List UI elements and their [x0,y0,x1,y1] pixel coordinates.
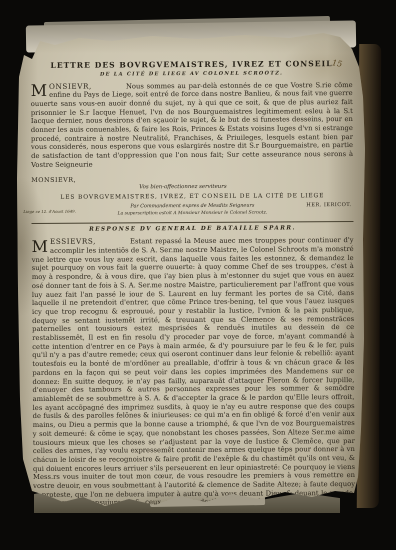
letter2-valediction: Vostre bien-affectionné serviteur [128,540,218,547]
letter1-title: LETTRE DES BOVRGVEMAISTRES, IVREZ ET CON… [30,59,352,70]
letter2-salutation: ESSIEVRS, [50,237,96,246]
letter1-dropcap: M [31,83,47,98]
letter2-body: MESSIEVRS,Estant repassé la Meuse auec m… [32,236,356,525]
letter2-dropcap: M [32,239,48,254]
letter1-section: LETTRE DES BOVRGVEMAISTRES, IVREZ ET CON… [30,59,353,217]
letter1-valediction: Vos bien-affectionnez serviteurs [139,183,353,190]
letter1-body: MONSIEVR,Nous sommes au par-delà estonné… [31,81,354,170]
letter1-by-order-row: Par Commandement expres de Mesdits Seign… [31,202,353,210]
letter1-by-order: Par Commandement expres de Mesdits Seign… [130,202,254,209]
letter2-title: RESPONSE DV GENERAL DE BATAILLE SPARR. [32,225,354,233]
book-page: 15 LETTRE DES BOVRGVEMAISTRES, IVREZ ET … [17,29,366,513]
letter1-signoff-block: Par Commandement expres de Mesdits Seign… [31,202,353,217]
letter2-valediction-row: Vostre bien-affectionné serviteur SPARR. [33,539,355,547]
photo-background: 15 LETTRE DES BOVRGVEMAISTRES, IVREZ ET … [0,0,396,550]
letter1-subtitle: DE LA CITÉ DE LIEGE AV COLONEL SCROOTZ. [31,70,353,78]
page-content: LETTRE DES BOVRGVEMAISTRES, IVREZ ET CON… [30,59,355,550]
letter1-salutation: ONSIEVR, [49,81,92,90]
letter1-signature: LES BOVRGVEMAISTRES, IVREZ, ET CONSEIL D… [31,193,353,201]
letter1-margin-date: Liege ce 12. d'Aoust 1649. [23,209,75,214]
letter2-closing-salutation: MESSIEVRS [33,530,355,540]
letter1-body-text: Nous sommes au par-delà estonnés de ce q… [31,81,353,169]
section-divider-rule [31,221,353,224]
letter1-secretary: HER. IERICOT. [306,202,351,208]
letter2-signoff-block: Vostre bien-affectionné serviteur SPARR.… [33,539,355,550]
letter2-signature: SPARR. [260,540,286,546]
letter2-body-text: Estant repassé la Meuse auec mes trouppe… [32,236,356,524]
letter1-superscription: La superscription estoit A Monsieur Mons… [31,210,353,217]
